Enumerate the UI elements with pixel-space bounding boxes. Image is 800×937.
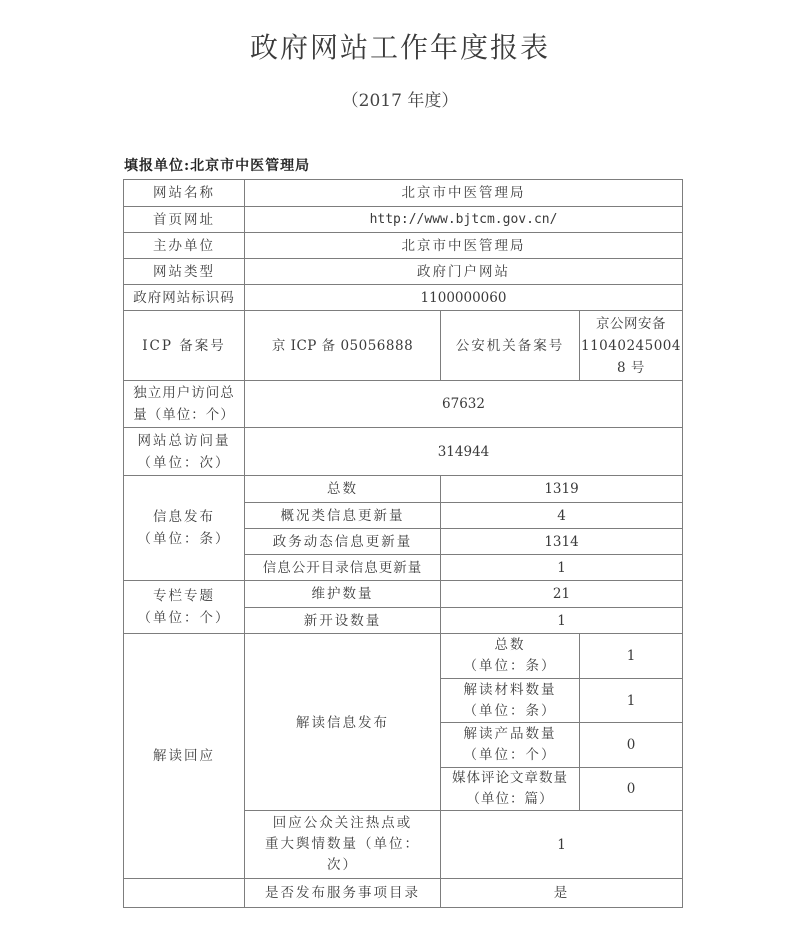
site-name-value: 北京市中医管理局 [244,179,683,207]
interpretation-row-label: 解读材料数量 （单位：条） [440,678,580,723]
info-publish-row-value: 1319 [440,475,683,503]
special-columns-label: 专栏专题 （单位：个） [123,580,245,634]
organizer-value: 北京市中医管理局 [244,232,683,259]
special-columns-row-value: 21 [440,580,683,608]
interpretation-row-label: 总数 （单位：条） [440,633,580,679]
site-type-label: 网站类型 [123,258,245,285]
organizer-label: 主办单位 [123,232,245,259]
interpretation-publish-label: 解读信息发布 [244,633,441,811]
interpretation-row-value: 1 [579,678,683,723]
total-visits-value: 314944 [244,427,683,476]
service-catalog-empty [123,878,245,908]
police-record-line2: 11040245004 [581,335,681,357]
unique-visitors-label: 独立用户访问总 量（单位：个） [123,380,245,428]
info-publish-row-label: 信息公开目录信息更新量 [244,554,441,581]
info-publish-label: 信息发布 （单位：条） [123,475,245,581]
report-table: 网站名称 北京市中医管理局 首页网址 http://www.bjtcm.gov.… [0,0,800,937]
info-publish-row-value: 1 [440,554,683,581]
interpretation-label: 解读回应 [123,633,245,879]
icp-value: 京 ICP 备 05056888 [244,310,441,381]
site-id-label: 政府网站标识码 [123,284,245,311]
service-catalog-value: 是 [440,878,683,908]
interpretation-row-label: 媒体评论文章数量 （单位：篇） [440,767,580,811]
info-publish-row-label: 总数 [244,475,441,503]
special-columns-row-value: 1 [440,607,683,634]
icp-label: ICP 备案号 [123,310,245,381]
site-name-label: 网站名称 [123,179,245,207]
special-columns-row-label: 维护数量 [244,580,441,608]
interpretation-row-value: 0 [579,767,683,811]
homepage-url: http://www.bjtcm.gov.cn/ [244,206,683,233]
police-record-value: 京公网安备 11040245004 8 号 [579,310,683,381]
info-publish-row-label: 概况类信息更新量 [244,502,441,529]
homepage-label: 首页网址 [123,206,245,233]
site-id-value: 1100000060 [244,284,683,311]
police-record-line3: 8 号 [617,357,645,379]
unique-visitors-value: 67632 [244,380,683,428]
info-publish-row-value: 4 [440,502,683,529]
police-record-label: 公安机关备案号 [440,310,580,381]
public-response-label: 回应公众关注热点或 重大舆情数量（单位： 次） [244,810,441,879]
info-publish-row-value: 1314 [440,528,683,555]
interpretation-row-value: 0 [579,722,683,768]
police-record-line1: 京公网安备 [596,313,666,335]
info-publish-row-label: 政务动态信息更新量 [244,528,441,555]
interpretation-row-label: 解读产品数量 （单位：个） [440,722,580,768]
service-catalog-label: 是否发布服务事项目录 [244,878,441,908]
interpretation-row-value: 1 [579,633,683,679]
site-type-value: 政府门户网站 [244,258,683,285]
special-columns-row-label: 新开设数量 [244,607,441,634]
total-visits-label: 网站总访问量 （单位：次） [123,427,245,476]
public-response-value: 1 [440,810,683,879]
